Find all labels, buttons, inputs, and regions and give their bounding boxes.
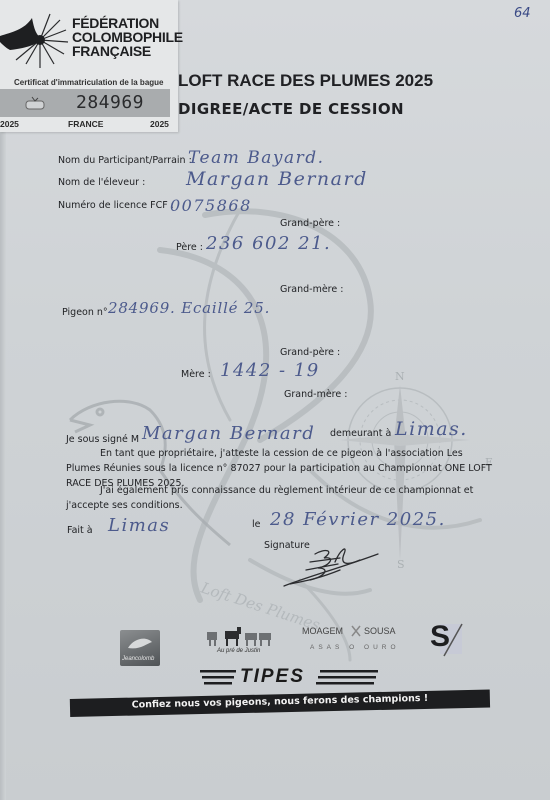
- signature-scribble: [280, 540, 380, 590]
- compass-s: S: [397, 558, 405, 571]
- place-label: Fait à: [67, 525, 93, 536]
- pigeon-sun-logo-icon: [0, 8, 70, 70]
- year-right: 2025: [150, 119, 169, 129]
- sponsor-logo-colomb: Jeancolomb: [120, 630, 160, 666]
- slogan-banner: Confiez nous vos pigeons, nous ferons de…: [70, 689, 490, 717]
- sponsor-logo-horses: Au pré de Justin: [205, 626, 275, 660]
- paternal-grandfather-label: Grand-père :: [280, 218, 340, 229]
- place-value: Limas: [108, 515, 170, 536]
- maternal-grandfather-label: Grand-père :: [280, 347, 340, 358]
- signed-label: Je sous signé M: [66, 434, 139, 445]
- participant-label: Nom du Participant/Parrain :: [58, 155, 192, 166]
- residing-label: demeurant à: [330, 428, 391, 439]
- breeder-label: Nom de l'éleveur :: [58, 177, 145, 188]
- father-label: Père :: [176, 242, 203, 253]
- federation-name: FÉDÉRATION COLOMBOPHILE FRANÇAISE: [72, 16, 183, 58]
- pigeon-photo-icon: [126, 634, 154, 654]
- ring-number: 284969: [76, 92, 144, 113]
- license-value: 0075868: [170, 196, 252, 215]
- ring-band: 284969: [0, 89, 170, 117]
- wheat-icon: [350, 624, 362, 638]
- document-subtitle: DIGREE/ACTE DE CESSION: [178, 100, 404, 118]
- ring-certificate: FÉDÉRATION COLOMBOPHILE FRANÇAISE Certif…: [0, 0, 178, 132]
- horses-icon: [205, 626, 275, 648]
- slogan-text: Confiez nous vos pigeons, nous ferons de…: [70, 691, 490, 712]
- document-page: Loft Des Plumes N E S FÉDÉRATION: [0, 0, 550, 800]
- slash-icon: [440, 622, 464, 658]
- residing-value: Limas.: [395, 418, 468, 440]
- year-left: 2025: [0, 119, 19, 129]
- country: FRANCE: [68, 119, 103, 129]
- sponsor-logo-moagem-sousa: MOAGEM SOUSA ASAS O OURO: [302, 624, 392, 660]
- date-value: 28 Février 2025.: [270, 509, 446, 530]
- page-number: 64: [514, 6, 531, 21]
- mother-value: 1442 - 19: [220, 360, 320, 381]
- tipes-brand: TIPES: [240, 666, 305, 688]
- ring-icon: [24, 95, 46, 111]
- compass-n: N: [395, 370, 405, 383]
- father-value: 236 602 21.: [206, 233, 331, 254]
- license-label: Numéro de licence FCF :: [58, 200, 174, 211]
- maternal-grandmother-label: Grand-mère :: [284, 389, 347, 400]
- document-title: LOFT RACE DES PLUMES 2025: [178, 71, 433, 91]
- sponsor-logo-sl: S: [430, 622, 464, 658]
- signed-value: Margan Bernard: [142, 423, 315, 444]
- date-label: le: [252, 519, 260, 530]
- breeder-value: Margan Bernard: [186, 168, 368, 190]
- participant-value: Team Bayard.: [188, 148, 325, 168]
- pigeon-label: Pigeon n°: [62, 307, 108, 318]
- mother-label: Mère :: [181, 369, 211, 380]
- tipes-logo: TIPES: [200, 666, 380, 688]
- sponsor-logos: Jeancolomb Au pré de Justin MOAGEM SOUSA…: [120, 620, 460, 665]
- paternal-grandmother-label: Grand-mère :: [280, 284, 343, 295]
- certificate-subtitle: Certificat d'immatriculation de la bague: [14, 78, 164, 87]
- pigeon-value: 284969. Ecaillé 25.: [108, 299, 270, 317]
